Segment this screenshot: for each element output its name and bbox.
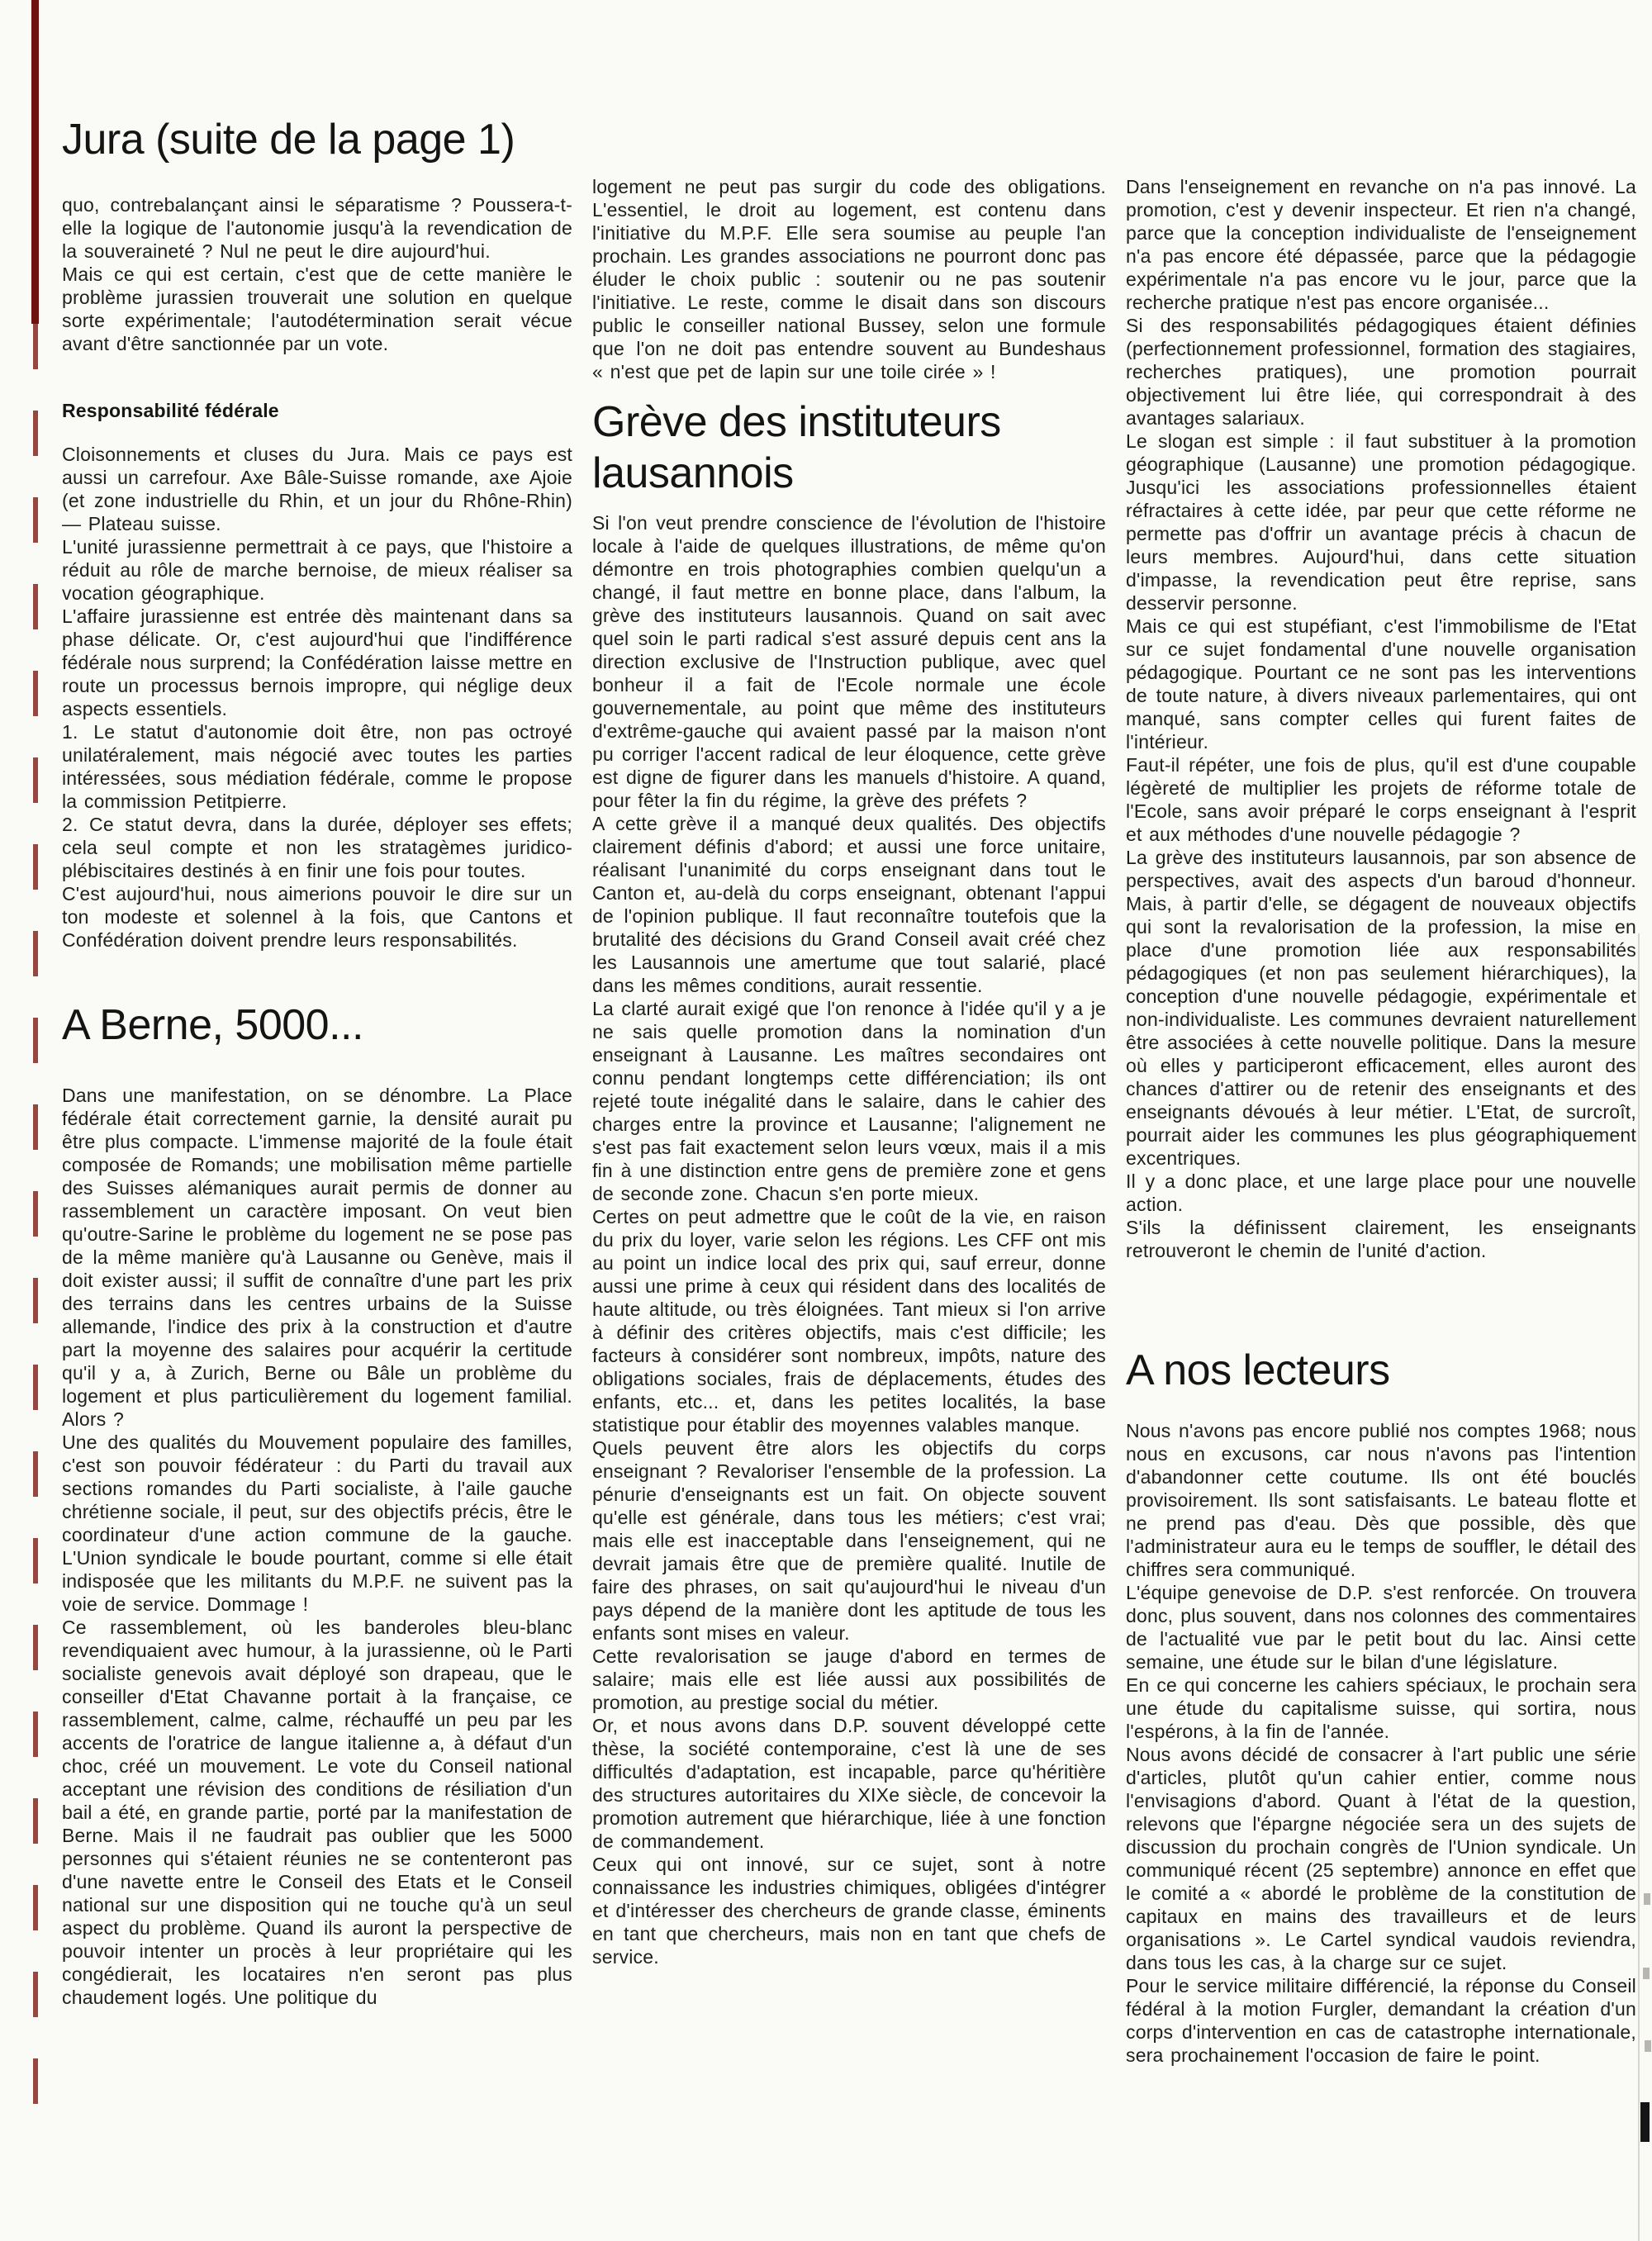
paragraph: S'ils la définissent clairement, les ens… (1126, 1216, 1636, 1262)
paragraph: L'affaire jurassienne est entrée dès mai… (62, 605, 572, 720)
paragraph: Une des qualités du Mouvement populaire … (62, 1431, 572, 1616)
paragraph: Quels peuvent être alors les objectifs d… (592, 1436, 1106, 1645)
cutoff-glyph-fragment (1645, 2040, 1651, 2052)
paragraph: 1. Le statut d'autonomie doit être, non … (62, 720, 572, 813)
article-headline: Grève des instituteurs lausannois (592, 396, 1001, 500)
paragraph: Ce rassemblement, où les banderoles bleu… (62, 1616, 572, 2009)
paragraph: En ce qui concerne les cahiers spéciaux,… (1126, 1674, 1636, 1743)
column-3: Dans l'enseignement en revanche on n'a p… (1126, 0, 1636, 2067)
paragraph: Mais ce qui est certain, c'est que de ce… (62, 263, 572, 355)
column-2: logement ne peut pas surgir du code des … (592, 0, 1106, 1968)
cutoff-glyph-fragment (1644, 1893, 1650, 1905)
paragraph: Pour le service militaire différencié, l… (1126, 1974, 1636, 2067)
paragraph: L'équipe genevoise de D.P. s'est renforc… (1126, 1581, 1636, 1674)
newspaper-page: Jura (suite de la page 1)quo, contrebala… (0, 0, 1652, 2241)
paragraph: logement ne peut pas surgir du code des … (592, 175, 1106, 383)
paragraph: quo, contrebalançant ainsi le séparatism… (62, 193, 572, 263)
paragraph: L'unité jurassienne permettrait à ce pay… (62, 535, 572, 605)
paragraph: Le slogan est simple : il faut substitue… (1126, 430, 1636, 615)
paragraph: La clarté aurait exigé que l'on renonce … (592, 997, 1106, 1205)
scan-edge-bar (31, 0, 39, 324)
article-columns: Jura (suite de la page 1)quo, contrebala… (62, 0, 1636, 2241)
cutoff-glyph-fragment (1643, 1968, 1650, 1979)
paragraph: Nous n'avons pas encore publié nos compt… (1126, 1419, 1636, 1581)
paragraph: Si l'on veut prendre conscience de l'évo… (592, 511, 1106, 812)
page-fold-line (1638, 933, 1640, 2241)
paragraph: Dans l'enseignement en revanche on n'a p… (1126, 175, 1636, 314)
scan-edge-mark (1640, 2102, 1650, 2142)
article-headline: Jura (suite de la page 1) (62, 114, 515, 165)
paragraph: A cette grève il a manqué deux qualités.… (592, 812, 1106, 997)
paragraph: Cloisonnements et cluses du Jura. Mais c… (62, 443, 572, 535)
paragraph: Dans une manifestation, on se dénombre. … (62, 1084, 572, 1431)
paragraph: Or, et nous avons dans D.P. souvent déve… (592, 1714, 1106, 1853)
article-headline: A Berne, 5000... (62, 999, 363, 1051)
section-subhead: Responsabilité fédérale (62, 400, 572, 423)
paragraph: Cette revalorisation se jauge d'abord en… (592, 1645, 1106, 1714)
paragraph: 2. Ce statut devra, dans la durée, déplo… (62, 813, 572, 882)
paragraph: Faut-il répéter, une fois de plus, qu'il… (1126, 753, 1636, 846)
paragraph: Mais ce qui est stupéfiant, c'est l'immo… (1126, 615, 1636, 753)
paragraph: Si des responsabilités pédagogiques étai… (1126, 314, 1636, 430)
scan-edge-dashes (33, 324, 38, 2125)
paragraph: Certes on peut admettre que le coût de l… (592, 1205, 1106, 1436)
paragraph: Nous avons décidé de consacrer à l'art p… (1126, 1743, 1636, 1974)
article-headline: A nos lecteurs (1126, 1345, 1390, 1396)
paragraph: Il y a donc place, et une large place po… (1126, 1170, 1636, 1216)
paragraph: La grève des instituteurs lausannois, pa… (1126, 846, 1636, 1170)
paragraph: Ceux qui ont innové, sur ce sujet, sont … (592, 1853, 1106, 1968)
column-1: Jura (suite de la page 1)quo, contrebala… (62, 0, 572, 2009)
paragraph: C'est aujourd'hui, nous aimerions pouvoi… (62, 882, 572, 952)
